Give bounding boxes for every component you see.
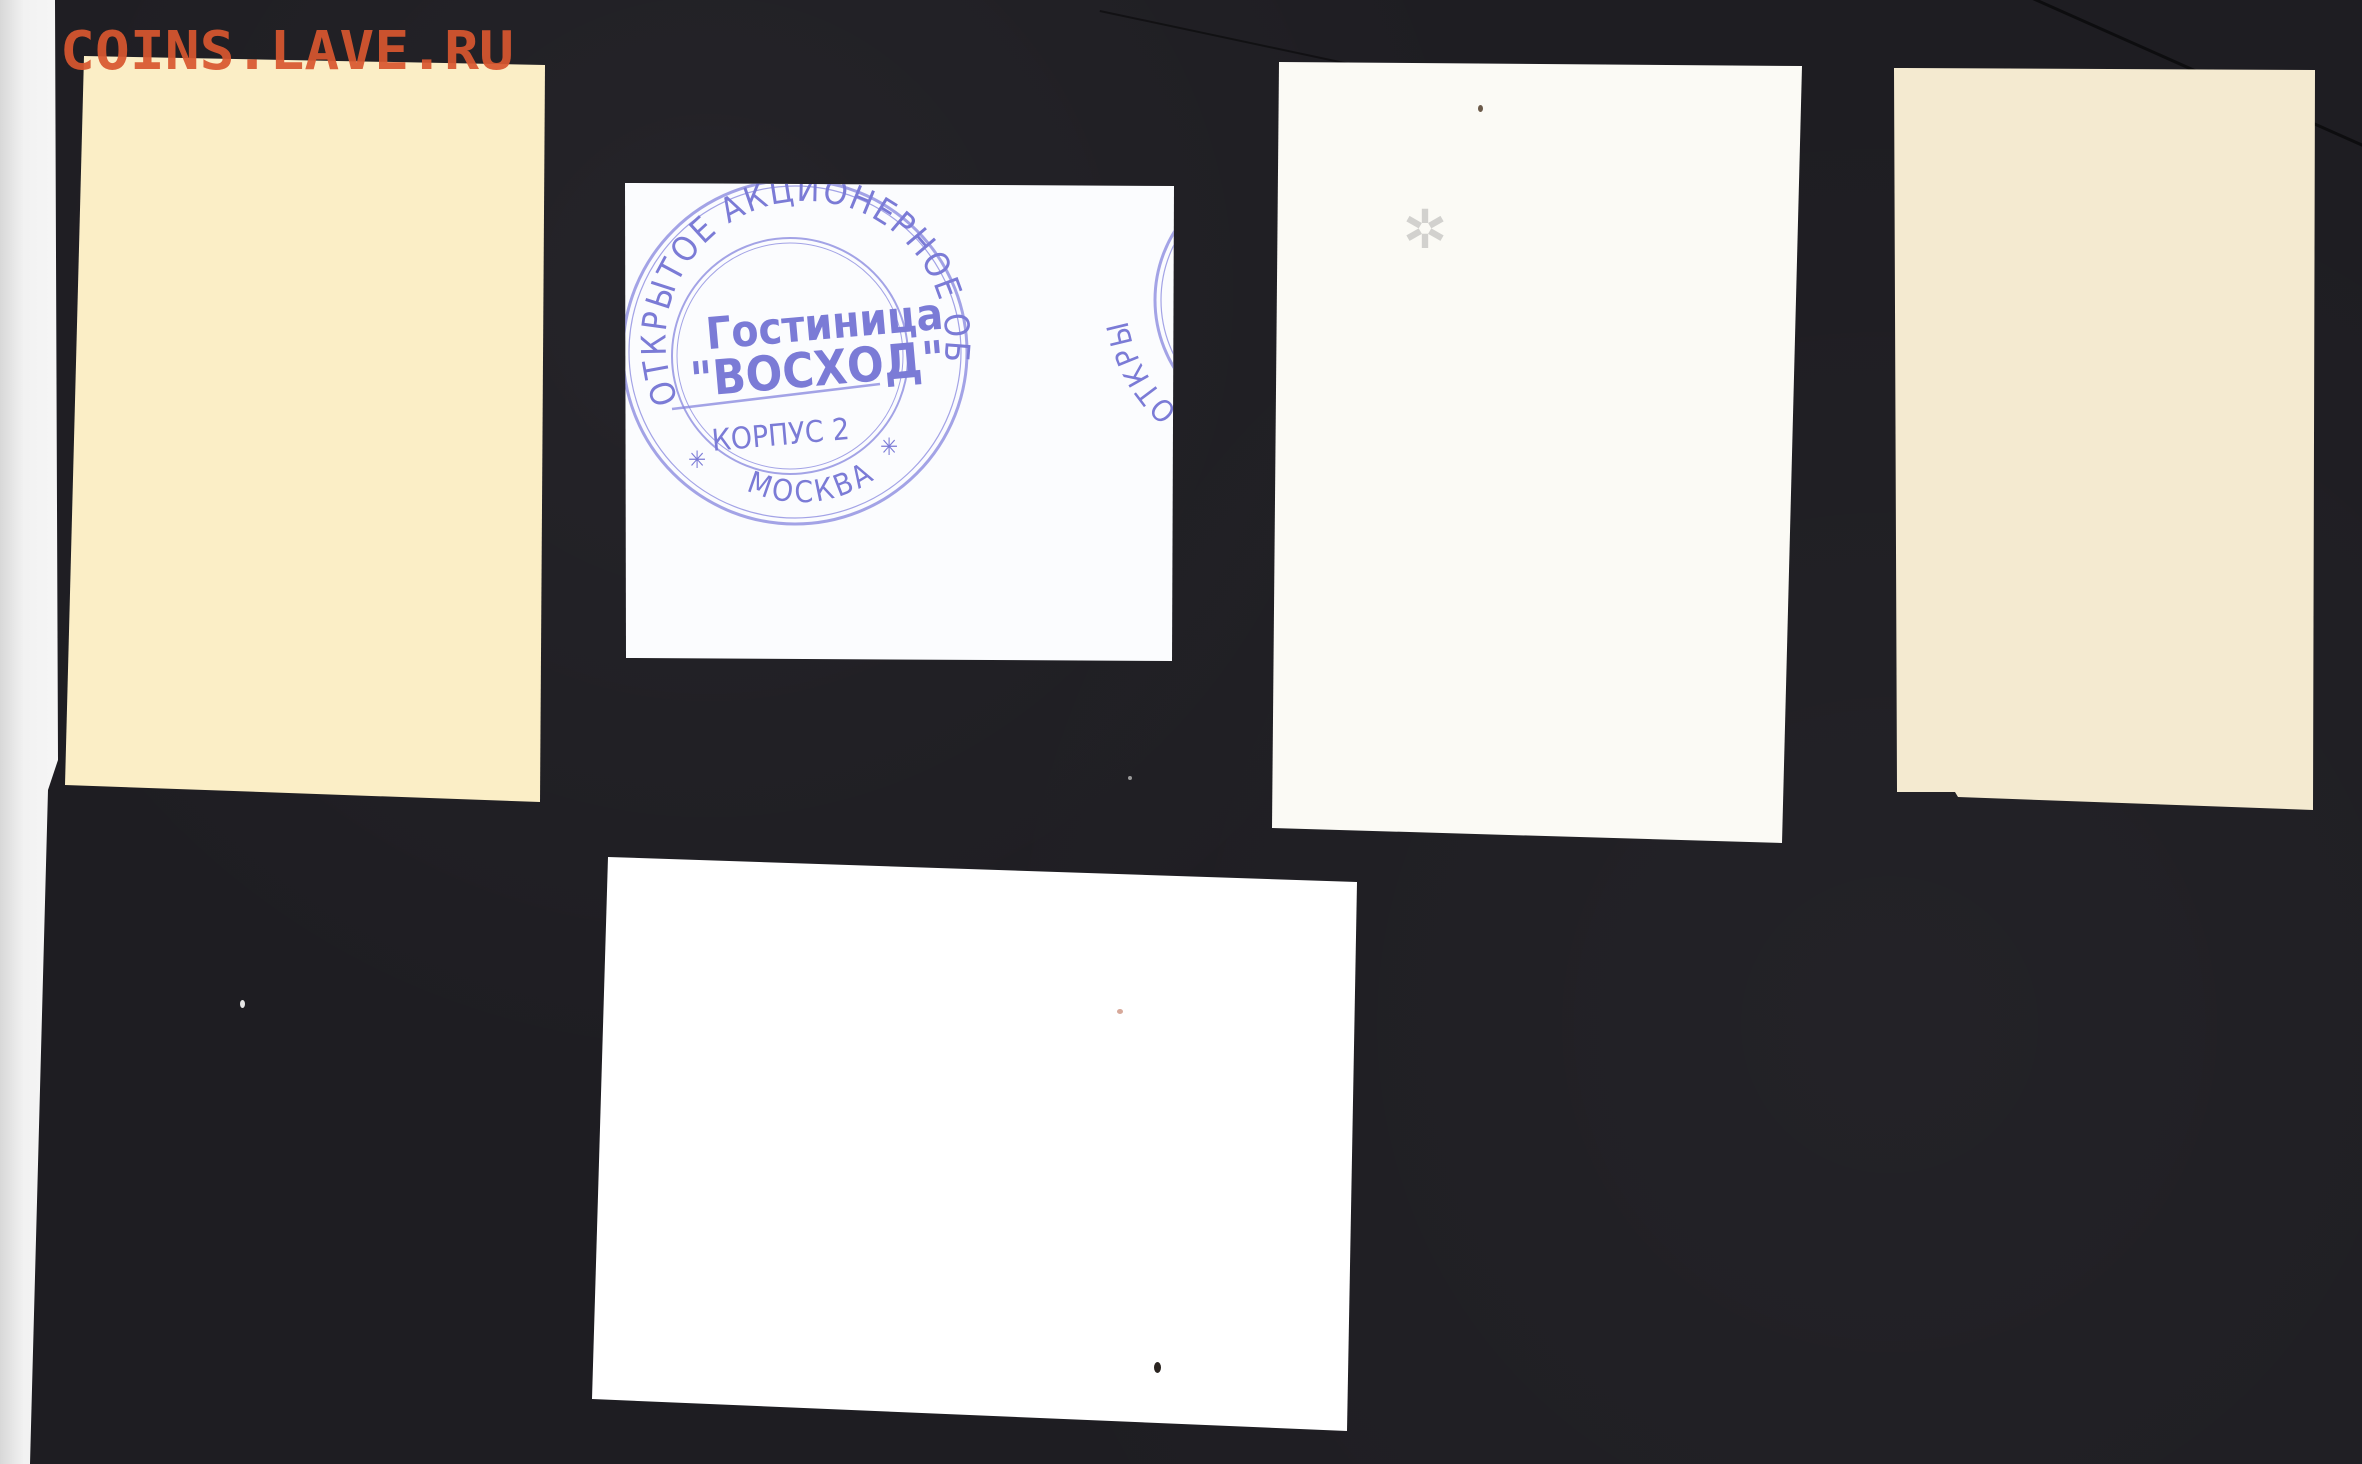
embossed-star-icon: ✲ xyxy=(1395,200,1455,260)
photo-scene: ✲ ОТКРЫТОЕ АКЦИОНЕРНОЕ ОБЩЕСТВО МО xyxy=(0,0,2362,1464)
speck xyxy=(240,1000,245,1008)
speck xyxy=(1154,1362,1161,1373)
site-watermark: COINS.LAVE.RU xyxy=(60,24,514,77)
speck xyxy=(1117,1009,1123,1014)
speck xyxy=(1128,776,1132,780)
speck xyxy=(1478,105,1483,112)
